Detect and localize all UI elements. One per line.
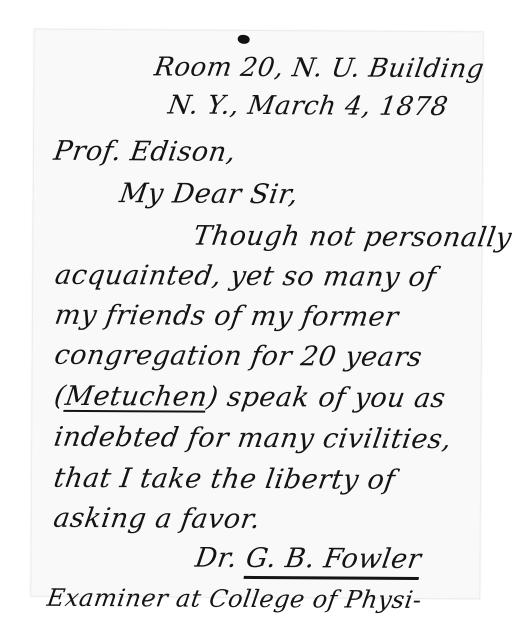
- body-line-1: Though not personally: [191, 223, 513, 252]
- body-line-5-rest: ) speak of you as: [205, 382, 448, 414]
- ink-blot: [238, 35, 250, 44]
- body-line-8: asking a favor.: [52, 505, 262, 533]
- body-line-7: that I take the liberty of: [52, 465, 397, 494]
- closing-line: Examiner at College of Physi-: [46, 586, 424, 612]
- body-line-6: indebted for many civilities,: [52, 424, 453, 453]
- body-line-2: acquainted, yet so many of: [53, 262, 438, 291]
- signature-prefix: Dr.: [193, 543, 239, 574]
- heading-address: Room 20, N. U. Building: [153, 54, 486, 82]
- body-line-5: (Metuchen) speak of you as: [53, 383, 448, 412]
- heading-date: N. Y., March 4, 1878: [166, 92, 449, 120]
- body-line-4: congregation for 20 years: [53, 342, 424, 371]
- signature-name: G. B. Fowler: [243, 543, 423, 580]
- body-line-3: my friends of my former: [53, 302, 400, 331]
- letter-paper: Room 20, N. U. Building N. Y., March 4, …: [30, 29, 483, 600]
- addressee: Prof. Edison,: [52, 138, 238, 166]
- greeting: My Dear Sir,: [118, 180, 300, 208]
- signature: Dr. G. B. Fowler: [194, 545, 424, 573]
- underlined-place-name: Metuchen: [63, 381, 209, 413]
